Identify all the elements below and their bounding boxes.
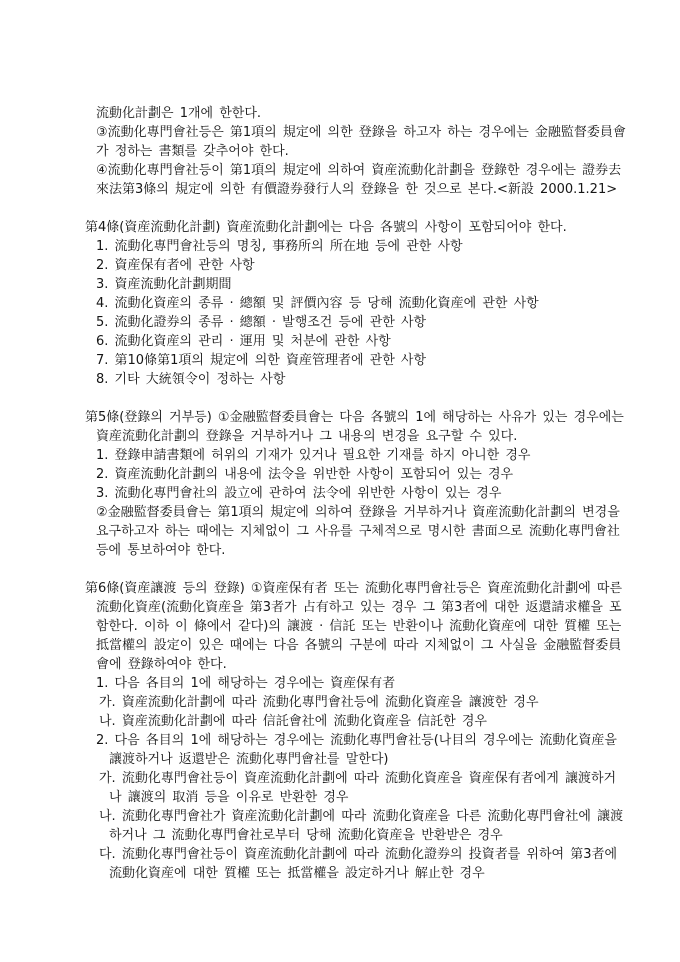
text-line: 나 讓渡의 取消 등을 이유로 반환한 경우: [85, 788, 600, 807]
text-line: 8. 기타 大統領令이 정하는 사항: [85, 370, 600, 389]
text-line: 1. 다음 各目의 1에 해당하는 경우에는 資産保有者: [85, 674, 600, 693]
text-line: 가. 流動化專門會社등이 資産流動化計劃에 따라 流動化資産을 資産保有者에게 …: [85, 769, 600, 788]
text-line: 요구하고자 하는 때에는 지체없이 그 사유를 구체적으로 명시한 書面으로 流…: [85, 522, 600, 541]
text-line: 2. 資産保有者에 관한 사항: [85, 256, 600, 275]
text-line: 2. 資産流動化計劃의 내용에 法令을 위반한 사항이 포함되어 있는 경우: [85, 465, 600, 484]
document-page: 流動化計劃은 1개에 한한다.③流動化專門會社등은 第1項의 規定에 의한 登錄…: [0, 0, 680, 962]
text-line: 7. 第10條第1項의 規定에 의한 資産管理者에 관한 사항: [85, 351, 600, 370]
text-line: 讓渡하거나 返還받은 流動化專門會社를 말한다): [85, 750, 600, 769]
text-line: ②金融監督委員會는 第1項의 規定에 의하여 登錄을 거부하거나 資産流動化計劃…: [85, 503, 600, 522]
text-line: 6. 流動化資産의 관리 · 運用 및 처분에 관한 사항: [85, 332, 600, 351]
text-line: ③流動化專門會社등은 第1項의 規定에 의한 登錄을 하고자 하는 경우에는 金…: [85, 123, 600, 142]
text-line: 會에 登錄하여야 한다.: [85, 655, 600, 674]
article-4: 第4條(資産流動化計劃) 資産流動化計劃에는 다음 各號의 사항이 포함되어야 …: [85, 218, 600, 389]
text-line: 來法第3條의 規定에 의한 有價證券發行人의 登錄을 한 것으로 본다.<新設 …: [85, 180, 600, 199]
text-line: 第4條(資産流動化計劃) 資産流動化計劃에는 다음 各號의 사항이 포함되어야 …: [85, 218, 600, 237]
text-line: 1. 登錄申請書類에 허위의 기재가 있거나 필요한 기재를 하지 아니한 경우: [85, 446, 600, 465]
text-line: 第6條(資産讓渡 등의 登錄) ①資産保有者 또는 流動化專門會社등은 資産流動…: [85, 579, 600, 598]
text-line: 5. 流動化證券의 종류 · 總額 · 발행조건 등에 관한 사항: [85, 313, 600, 332]
text-line: 가 정하는 書類를 갖추어야 한다.: [85, 142, 600, 161]
text-line: 3. 流動化專門會社의 設立에 관하여 法令에 위반한 사항이 있는 경우: [85, 484, 600, 503]
text-line: 流動化計劃은 1개에 한한다.: [85, 104, 600, 123]
text-line: 資産流動化計劃의 登錄을 거부하거나 그 내용의 변경을 요구할 수 있다.: [85, 427, 600, 446]
text-line: ④流動化專門會社등이 第1項의 規定에 의하여 資産流動化計劃을 登錄한 경우에…: [85, 161, 600, 180]
article-3-continuation: 流動化計劃은 1개에 한한다.③流動化專門會社등은 第1項의 規定에 의한 登錄…: [85, 104, 600, 199]
text-line: 가. 資産流動化計劃에 따라 流動化專門會社등에 流動化資産을 讓渡한 경우: [85, 693, 600, 712]
text-line: 1. 流動化專門會社등의 명칭, 事務所의 所在地 등에 관한 사항: [85, 237, 600, 256]
text-line: 나. 流動化專門會社가 資産流動化計劃에 따라 流動化資産을 다른 流動化專門會…: [85, 807, 600, 826]
text-line: 함한다. 이하 이 條에서 같다)의 讓渡 · 信託 또는 반환이나 流動化資産…: [85, 617, 600, 636]
text-line: 抵當權의 設定이 있은 때에는 다음 各號의 구분에 따라 지체없이 그 사실을…: [85, 636, 600, 655]
text-line: 4. 流動化資産의 종류 · 總額 및 評價內容 등 당해 流動化資産에 관한 …: [85, 294, 600, 313]
text-line: 나. 資産流動化計劃에 따라 信託會社에 流動化資産을 信託한 경우: [85, 712, 600, 731]
text-line: 第5條(登錄의 거부등) ①金融監督委員會는 다음 各號의 1에 해당하는 사유…: [85, 408, 600, 427]
text-line: 流動化資産(流動化資産을 第3者가 占有하고 있는 경우 그 第3者에 대한 返…: [85, 598, 600, 617]
article-5: 第5條(登錄의 거부등) ①金融監督委員會는 다음 各號의 1에 해당하는 사유…: [85, 408, 600, 560]
text-line: 2. 다음 各目의 1에 해당하는 경우에는 流動化專門會社등(나目의 경우에는…: [85, 731, 600, 750]
text-line: 하거나 그 流動化專門會社로부터 당해 流動化資産을 반환받은 경우: [85, 826, 600, 845]
text-line: 다. 流動化專門會社등이 資産流動化計劃에 따라 流動化證券의 投資者를 위하여…: [85, 845, 600, 864]
document-content: 流動化計劃은 1개에 한한다.③流動化專門會社등은 第1項의 規定에 의한 登錄…: [85, 104, 600, 883]
text-line: 등에 통보하여야 한다.: [85, 541, 600, 560]
text-line: 流動化資産에 대한 質權 또는 抵當權을 設定하거나 解止한 경우: [85, 864, 600, 883]
text-line: 3. 資産流動化計劃期間: [85, 275, 600, 294]
article-6: 第6條(資産讓渡 등의 登錄) ①資産保有者 또는 流動化專門會社등은 資産流動…: [85, 579, 600, 883]
